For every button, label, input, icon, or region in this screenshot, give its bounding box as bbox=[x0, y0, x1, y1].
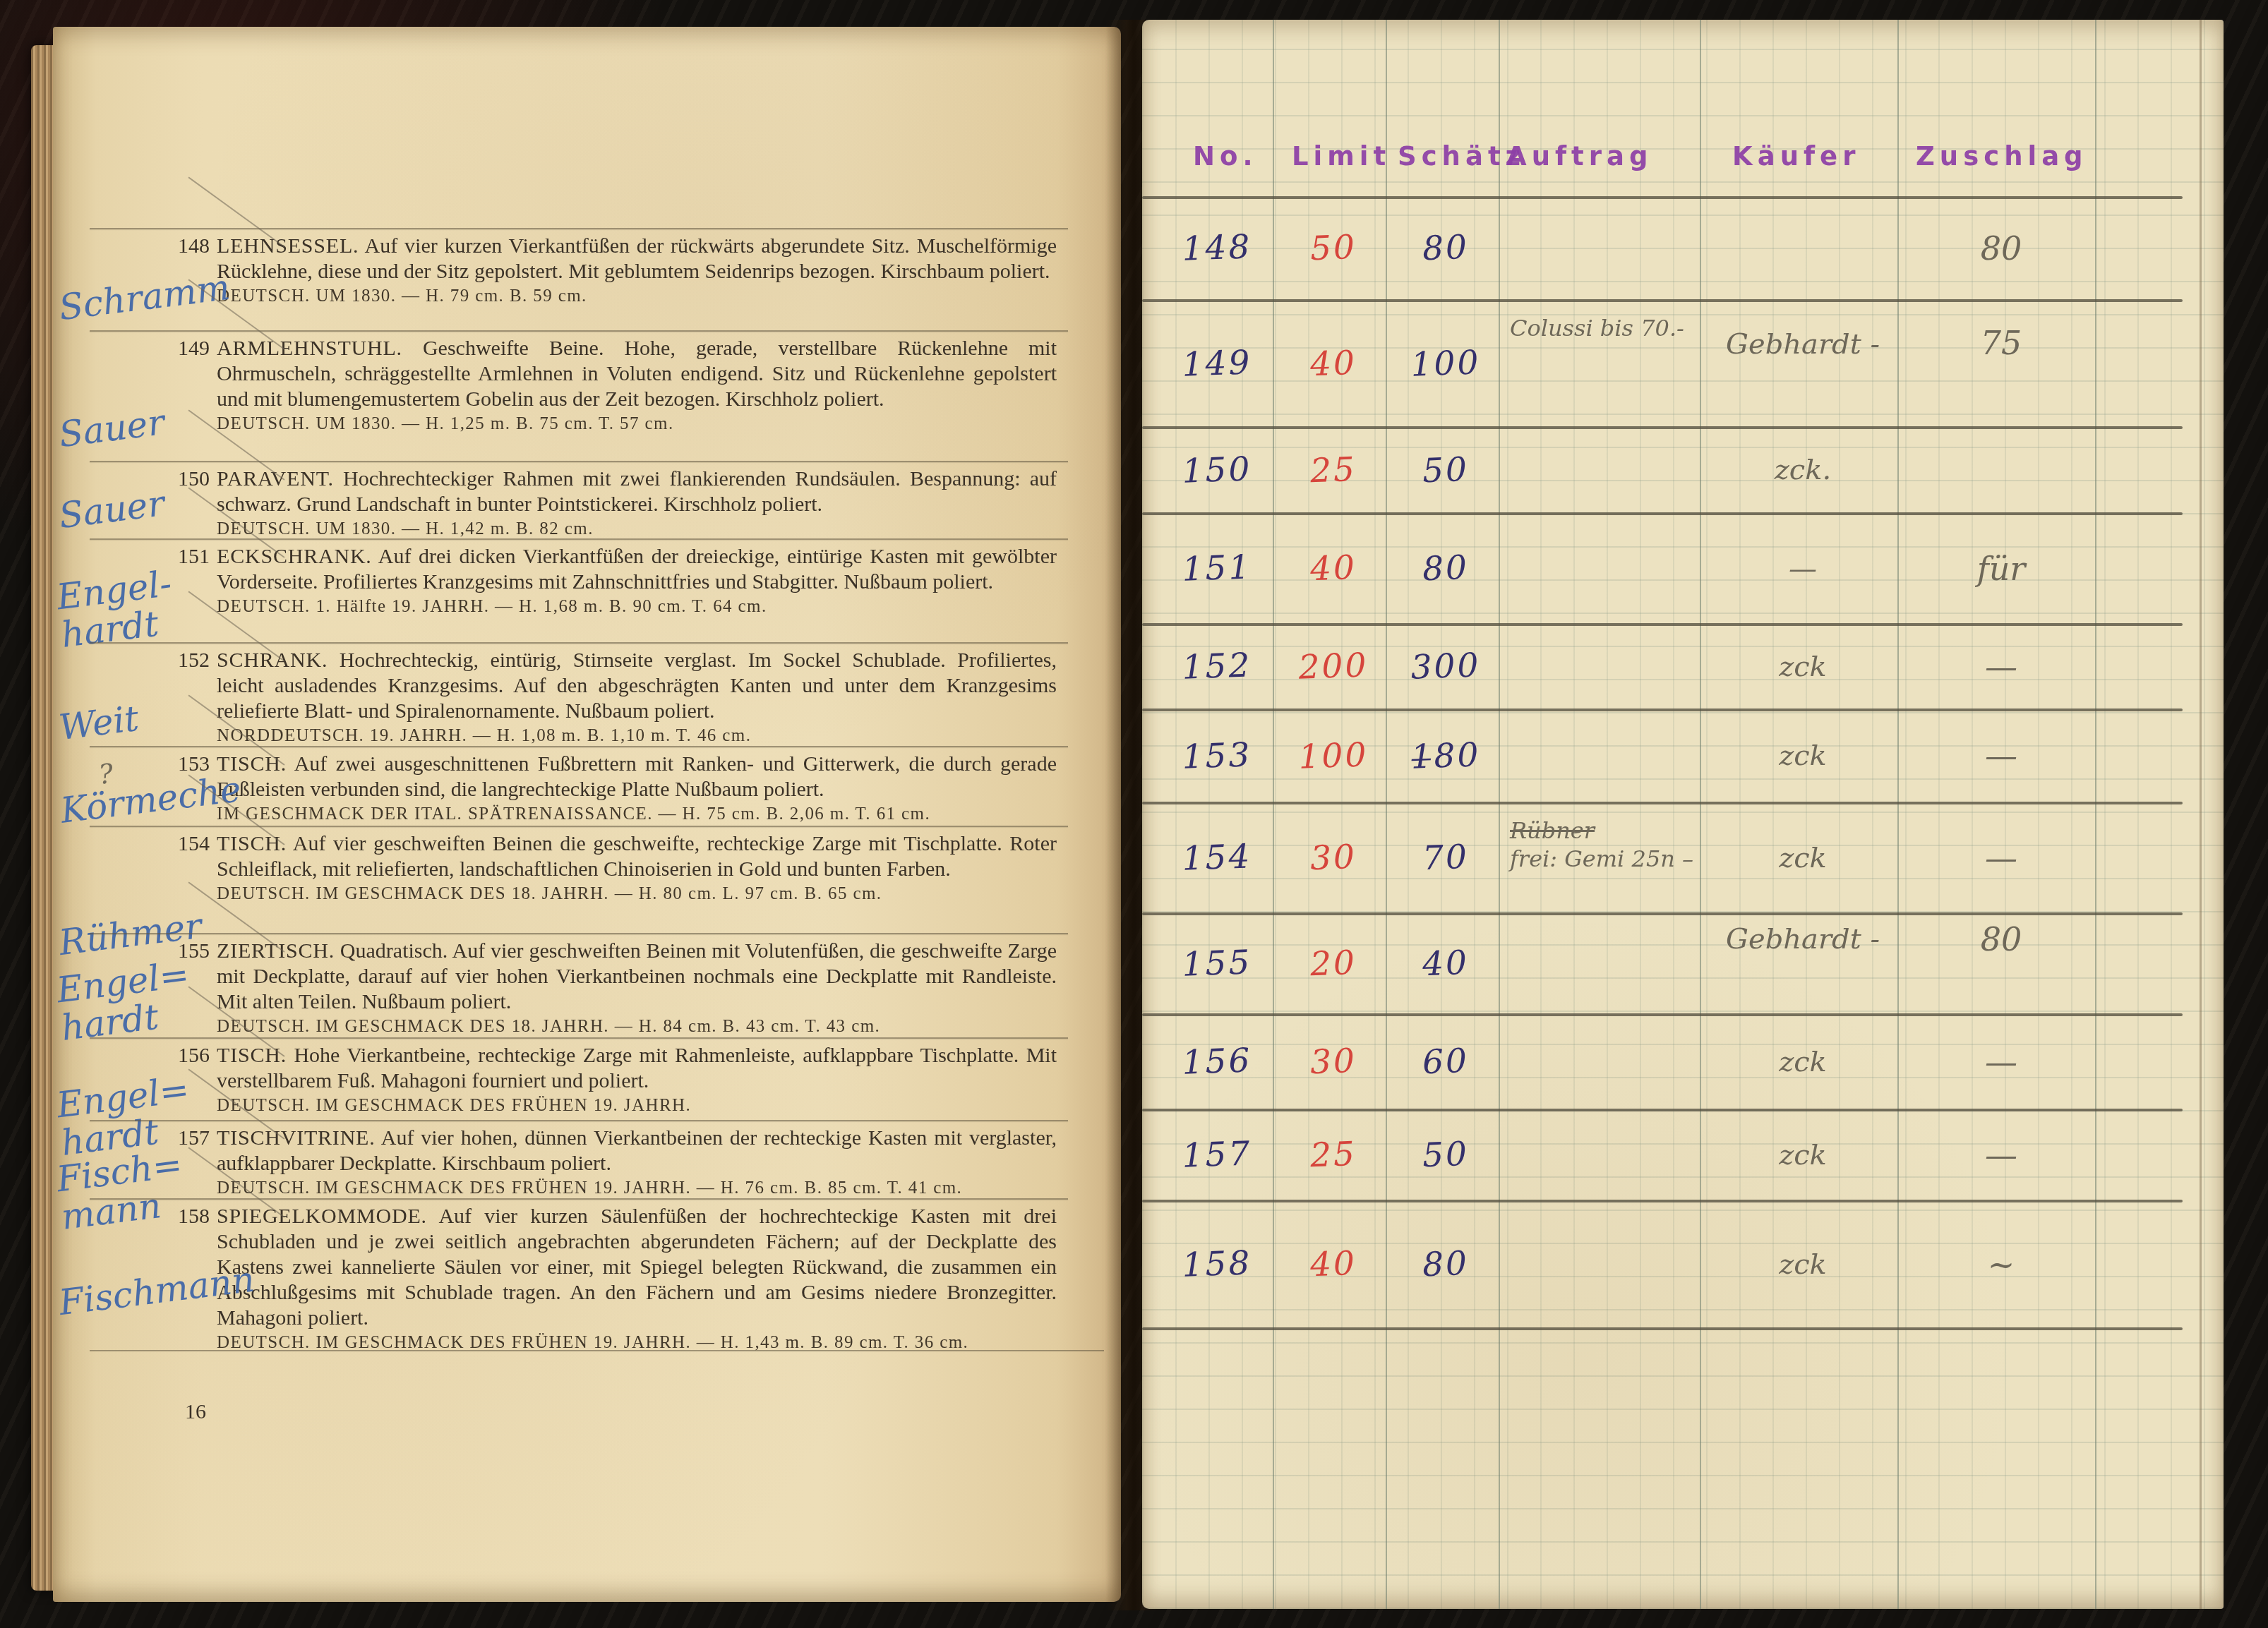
cell-auftrag bbox=[1510, 427, 1702, 527]
catalog-entry: Fischmann 158SPIEGELKOMMODE. Auf vier ku… bbox=[173, 1198, 1057, 1355]
entry-text: 150PARAVENT. Hochrechteckiger Rahmen mit… bbox=[173, 461, 1057, 517]
entry-text: 149ARMLEHNSTUHL. Geschweifte Beine. Hohe… bbox=[173, 330, 1057, 412]
catalog-entry: Sauer 149ARMLEHNSTUHL. Geschweifte Beine… bbox=[173, 330, 1057, 436]
lot-title: TISCH. bbox=[217, 1044, 287, 1067]
cell-schaetz: 300 bbox=[1391, 622, 1501, 711]
cell-schaetz: 70 bbox=[1390, 800, 1501, 915]
cell-kaeufer: zck bbox=[1710, 624, 1896, 709]
lot-dimensions: DEUTSCH. UM 1830. — H. 1,25 m. B. 75 cm.… bbox=[173, 412, 1057, 436]
cell-zuschlag: ~ bbox=[1906, 1200, 2096, 1328]
divider bbox=[90, 1350, 1104, 1351]
lot-description: Auf zwei ausgeschnittenen Fußbrettern mi… bbox=[217, 752, 1057, 801]
cell-no: 153 bbox=[1158, 707, 1277, 804]
cell-auftrag bbox=[1510, 1200, 1702, 1342]
cell-no: 151 bbox=[1157, 511, 1276, 626]
column-header-no: No. bbox=[1193, 141, 1257, 171]
cell-kaeufer: zck bbox=[1710, 1014, 1896, 1109]
lot-dimensions: DEUTSCH. 1. Hälfte 19. JAHRH. — H. 1,68 … bbox=[173, 595, 1057, 619]
entry-text: 155ZIERTISCH. Quadratisch. Auf vier gesc… bbox=[173, 933, 1057, 1015]
table-row: 150 25 50 zck. bbox=[1146, 427, 2183, 513]
entry-text: 154TISCH. Auf vier geschweiften Beinen d… bbox=[173, 826, 1057, 882]
cell-auftrag: Rübnerfrei: Gemi 25n – bbox=[1510, 802, 1702, 927]
cell-kaeufer: zck bbox=[1710, 802, 1896, 913]
table-row: 153 100 1̶80 zck — bbox=[1146, 709, 2183, 802]
cell-no: 154 bbox=[1157, 800, 1276, 915]
column-header-zuschlag: Zuschlag bbox=[1916, 141, 2088, 171]
catalog-entry: Fisch=mann 157TISCHVITRINE. Auf vier hoh… bbox=[173, 1120, 1057, 1200]
catalog-entry: Engel-hardt 151ECKSCHRANK. Auf drei dick… bbox=[173, 538, 1057, 619]
entry-text: 156TISCH. Hohe Vierkantbeine, rechteckig… bbox=[173, 1037, 1057, 1094]
lot-dimensions: DEUTSCH. UM 1830. — H. 79 cm. B. 59 cm. bbox=[173, 284, 1057, 308]
cell-zuschlag: — bbox=[1906, 624, 2096, 709]
cell-limit: 40 bbox=[1280, 299, 1387, 429]
lot-number: 158 bbox=[173, 1204, 217, 1229]
cell-schaetz: 60 bbox=[1391, 1012, 1501, 1111]
cell-auftrag bbox=[1510, 709, 1702, 816]
entry-text: 152SCHRANK. Hochrechteckig, eintürig, St… bbox=[173, 642, 1057, 724]
cell-no: 155 bbox=[1158, 911, 1277, 1016]
catalog-page: Schramm 148LEHNSESSEL. Auf vier kurzen V… bbox=[53, 27, 1121, 1602]
cell-no: 152 bbox=[1158, 622, 1276, 711]
handwritten-buyer-name: Schramm bbox=[57, 266, 250, 327]
cell-zuschlag: für bbox=[1906, 513, 2096, 624]
page-number: 16 bbox=[185, 1400, 206, 1424]
cell-zuschlag bbox=[1906, 427, 2096, 513]
lot-dimensions: NORDDEUTSCH. 19. JAHRH. — H. 1,08 m. B. … bbox=[173, 724, 1057, 748]
cell-auftrag bbox=[1510, 1109, 1702, 1214]
catalog-entry: Engel=hardt 156TISCH. Hohe Vierkantbeine… bbox=[173, 1037, 1057, 1118]
cell-limit: 40 bbox=[1280, 512, 1386, 626]
table-row: 149 40 100 Colussi bis 70.- Gebhardt - 7… bbox=[1146, 300, 2183, 427]
cell-zuschlag: — bbox=[1906, 1014, 2096, 1109]
lot-title: TISCH. bbox=[217, 832, 287, 855]
entry-text: 148LEHNSESSEL. Auf vier kurzen Vierkantf… bbox=[173, 228, 1057, 284]
catalog-entry: Engel=hardt 155ZIERTISCH. Quadratisch. A… bbox=[173, 933, 1057, 1039]
cell-auftrag bbox=[1510, 196, 1702, 314]
lot-title: SPIEGELKOMMODE. bbox=[217, 1205, 427, 1228]
lot-description: Auf vier geschweiften Beinen die geschwe… bbox=[217, 832, 1057, 881]
cell-auftrag bbox=[1510, 913, 1702, 1028]
lot-description: Hochrechteckiger Rahmen mit zwei flankie… bbox=[217, 467, 1057, 516]
lot-title: LEHNSESSEL. bbox=[217, 234, 359, 258]
entry-text: 151ECKSCHRANK. Auf drei dicken Vierkantf… bbox=[173, 538, 1057, 595]
lot-description: Hochrechteckig, eintürig, Stirnseite ver… bbox=[217, 649, 1057, 723]
handwritten-buyer-name: Engel-hardt bbox=[54, 555, 251, 654]
catalog-entry: Rühmer 154TISCH. Auf vier geschweiften B… bbox=[173, 826, 1057, 906]
cell-limit: 25 bbox=[1280, 1107, 1386, 1202]
table-row: 155 20 40 Gebhardt - 80 bbox=[1146, 913, 2183, 1014]
cell-limit: 40 bbox=[1280, 1199, 1387, 1330]
lot-number: 148 bbox=[173, 234, 217, 259]
cell-schaetz: 80 bbox=[1390, 194, 1501, 301]
cell-auftrag bbox=[1510, 624, 1702, 723]
cell-zuschlag: — bbox=[1906, 709, 2096, 802]
lot-dimensions: DEUTSCH. IM GESCHMACK DES 18. JAHRH. — H… bbox=[173, 1015, 1057, 1039]
lot-description: Quadratisch. Auf vier geschweiften Beine… bbox=[217, 939, 1057, 1013]
cell-schaetz: 50 bbox=[1391, 1107, 1501, 1202]
entry-text: 157TISCHVITRINE. Auf vier hohen, dünnen … bbox=[173, 1120, 1057, 1176]
catalog-entry: Weit 152SCHRANK. Hochrechteckig, eintüri… bbox=[173, 642, 1057, 748]
cell-schaetz: 100 bbox=[1390, 298, 1501, 428]
cell-zuschlag: — bbox=[1906, 802, 2096, 913]
table-row: 154 30 70 Rübnerfrei: Gemi 25n – zck — bbox=[1146, 802, 2183, 913]
cell-kaeufer bbox=[1710, 196, 1896, 300]
column-header-auftrag: Auftrag bbox=[1506, 141, 1652, 171]
lot-title: ARMLEHNSTUHL. bbox=[217, 337, 402, 360]
cell-schaetz: 50 bbox=[1391, 425, 1501, 514]
lot-dimensions: DEUTSCH. IM GESCHMACK DES 18. JAHRH. — H… bbox=[173, 882, 1057, 906]
catalog-entry: ?Körmeche 153TISCH. Auf zwei ausgeschnit… bbox=[173, 746, 1057, 826]
table-row: 151 40 80 — für bbox=[1146, 513, 2183, 624]
cell-zuschlag: 80 bbox=[1906, 913, 2096, 1021]
lot-description: Hohe Vierkantbeine, rechteckige Zarge mi… bbox=[217, 1044, 1057, 1092]
cell-limit: 200 bbox=[1280, 622, 1386, 711]
cell-limit: 100 bbox=[1280, 707, 1387, 804]
lot-dimensions: DEUTSCH. UM 1830. — H. 1,42 m. B. 82 cm. bbox=[173, 517, 1057, 541]
cell-schaetz: 80 bbox=[1390, 511, 1501, 625]
cell-auftrag bbox=[1510, 513, 1702, 638]
book-page-edges bbox=[31, 45, 55, 1591]
lot-dimensions: DEUTSCH. IM GESCHMACK DES FRÜHEN 19. JAH… bbox=[173, 1176, 1057, 1200]
column-header-kaeufer: Käufer bbox=[1732, 141, 1860, 171]
lot-number: 149 bbox=[173, 336, 217, 361]
cell-limit: 30 bbox=[1280, 1012, 1387, 1111]
table-row: 158 40 80 zck ~ bbox=[1146, 1200, 2183, 1328]
cell-schaetz: 80 bbox=[1390, 1198, 1501, 1329]
cell-auftrag: Colussi bis 70.- bbox=[1510, 300, 1702, 441]
cell-kaeufer: Gebhardt - bbox=[1710, 913, 1896, 1024]
table-row: 157 25 50 zck — bbox=[1146, 1109, 2183, 1200]
table-row: 156 30 60 zck — bbox=[1146, 1014, 2183, 1109]
lot-number: 152 bbox=[173, 648, 217, 673]
lot-number: 154 bbox=[173, 831, 217, 857]
page-edge-line bbox=[2200, 20, 2202, 1609]
table-row: 148 50 80 80 bbox=[1146, 196, 2183, 300]
entry-text: 158SPIEGELKOMMODE. Auf vier kurzen Säule… bbox=[173, 1198, 1057, 1331]
ledger-page: No. Limit Schätz Auftrag Käufer Zuschlag… bbox=[1142, 20, 2224, 1609]
cell-kaeufer: zck bbox=[1710, 709, 1896, 802]
cell-kaeufer: zck bbox=[1710, 1109, 1896, 1200]
cell-zuschlag: — bbox=[1906, 1109, 2096, 1200]
cell-limit: 20 bbox=[1280, 911, 1387, 1015]
cell-kaeufer: zck. bbox=[1710, 427, 1896, 513]
cell-no: 149 bbox=[1157, 298, 1277, 429]
catalog-entry: Sauer 150PARAVENT. Hochrechteckiger Rahm… bbox=[173, 461, 1057, 541]
cell-no: 148 bbox=[1157, 194, 1276, 302]
column-header-limit: Limit bbox=[1292, 141, 1391, 171]
cell-limit: 30 bbox=[1280, 801, 1386, 915]
cell-no: 150 bbox=[1158, 425, 1276, 515]
entry-text: 153TISCH. Auf zwei ausgeschnittenen Fußb… bbox=[173, 746, 1057, 802]
lot-number: 156 bbox=[173, 1043, 217, 1068]
lot-dimensions: IM GESCHMACK DER ITAL. SPÄTRENAISSANCE. … bbox=[173, 802, 1057, 826]
cell-kaeufer: zck bbox=[1710, 1200, 1896, 1328]
lot-dimensions: DEUTSCH. IM GESCHMACK DES FRÜHEN 19. JAH… bbox=[173, 1094, 1057, 1118]
handwritten-buyer-name: Sauer bbox=[57, 393, 250, 454]
cell-limit: 50 bbox=[1280, 194, 1386, 301]
cell-no: 157 bbox=[1158, 1107, 1276, 1202]
cell-no: 158 bbox=[1157, 1198, 1277, 1330]
cell-limit: 25 bbox=[1280, 425, 1386, 514]
cell-kaeufer: — bbox=[1710, 513, 1896, 624]
cell-zuschlag: 80 bbox=[1906, 196, 2096, 300]
cell-schaetz: 1̶80 bbox=[1391, 707, 1501, 804]
cell-auftrag bbox=[1510, 1014, 1702, 1123]
cell-no: 156 bbox=[1158, 1012, 1277, 1111]
cell-schaetz: 40 bbox=[1391, 911, 1501, 1015]
table-row: 152 200 300 zck — bbox=[1146, 624, 2183, 709]
catalog-entry: Schramm 148LEHNSESSEL. Auf vier kurzen V… bbox=[173, 228, 1057, 308]
